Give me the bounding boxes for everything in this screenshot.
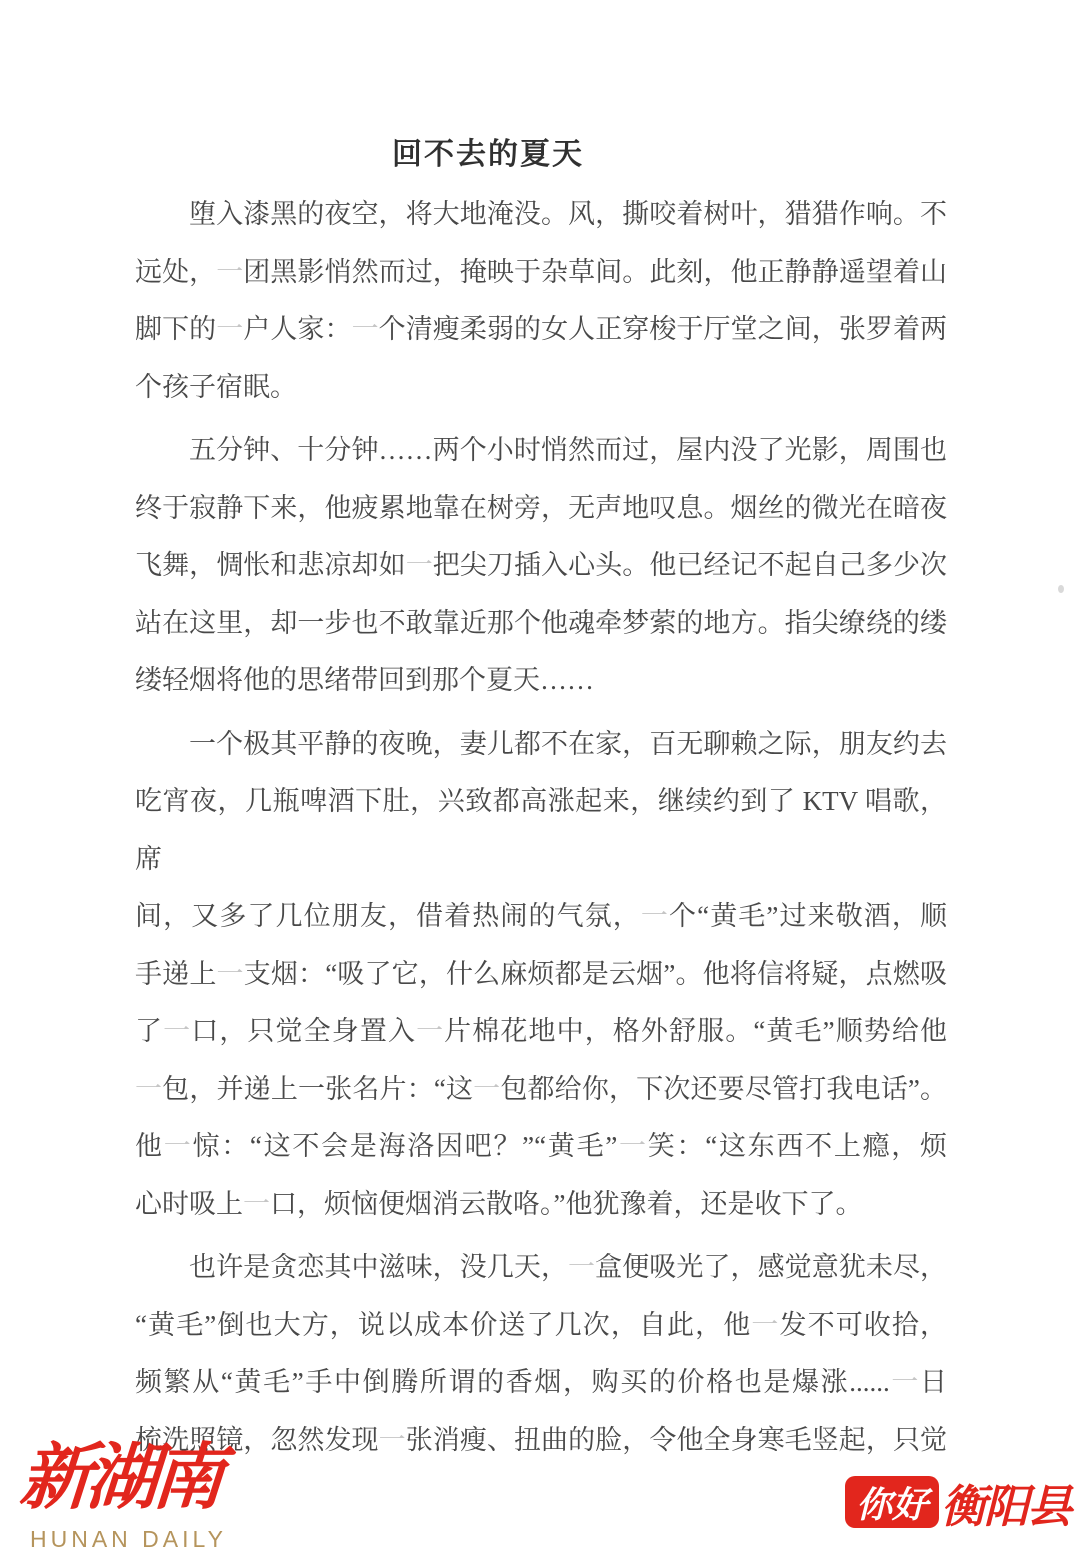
text-segment: 包都给你，下次还要尽管打我电话”。 (500, 1074, 947, 1104)
faint-character: 一 (416, 1016, 444, 1046)
paragraphs: 堕入漆黑的夜空，将大地淹没。风，撕咬着树叶，猎猎作响。不远处，一团黑影悄然而过，… (135, 186, 947, 1469)
hengyang-badge-county-name: 衡阳县 (941, 1470, 1070, 1535)
text-line: 堕入漆黑的夜空，将大地淹没。风，撕咬着树叶，猎猎作响。不 (135, 186, 947, 244)
text-line: 梳洗照镜，忽然发现一张消瘦、扭曲的脸，令他全身寒毛竖起，只觉 (135, 1412, 947, 1470)
text-segment: 包，并递上一张名片：“这 (162, 1074, 473, 1104)
faint-character: 一 (641, 901, 669, 931)
text-segment: 脚下的 (135, 314, 216, 344)
faint-character: 一 (163, 1016, 191, 1046)
hengyang-badge-red-box: 你好 (845, 1476, 939, 1528)
text-segment: 把尖刀插入心头。他已经记不起自己多少次 (433, 550, 947, 580)
paragraph: 一个极其平静的夜晚，妻儿都不在家，百无聊赖之际，朋友约去吃宵夜，几瓶啤酒下肚，兴… (135, 716, 947, 1234)
text-line: 缕轻烟将他的思绪带回到那个夏天…… (135, 652, 947, 710)
hunan-daily-logo-english: HUNAN DAILY (30, 1526, 227, 1553)
text-segment: 间，又多了几位朋友，借着热闹的气氛， (135, 901, 641, 931)
faint-character: 一 (406, 550, 433, 580)
text-segment: 团黑影悄然而过，掩映于杂草间。此刻，他正静静遥望着山 (243, 257, 947, 287)
text-segment: 发不可收拾， (779, 1310, 947, 1340)
text-line: 个孩子宿眠。 (135, 359, 947, 417)
text-segment: 站在这里，却一步也不敢靠近那个他魂牵梦萦的地方。指尖缭绕的缕 (135, 608, 947, 638)
text-segment: 也许是贪恋其中滋味，没几天， (189, 1252, 568, 1282)
text-segment: 频繁从“黄毛”手中倒腾所谓的香烟，购买的价格也是爆涨...... (135, 1367, 890, 1397)
paragraph: 五分钟、十分钟……两个小时悄然而过，屋内没了光影，周围也终于寂静下来，他疲累地靠… (135, 422, 947, 710)
text-segment: 惊：“这不会是海洛因吧？”“黄毛” (192, 1131, 617, 1161)
faint-character: 一 (568, 1252, 595, 1282)
text-segment: 堕入漆黑的夜空，将大地淹没。风，撕咬着树叶，猎猎作响。不 (189, 199, 947, 229)
text-segment: 个“黄毛”过来敬酒，顺 (669, 901, 947, 931)
text-line: 五分钟、十分钟……两个小时悄然而过，屋内没了光影，周围也 (135, 422, 947, 480)
faint-character: 一 (216, 257, 243, 287)
hengyang-county-badge: 你好 衡阳县 (845, 1476, 1070, 1528)
text-line: 也许是贪恋其中滋味，没几天，一盒便吸光了，感觉意犹未尽， (135, 1239, 947, 1297)
text-line: 远处，一团黑影悄然而过，掩映于杂草间。此刻，他正静静遥望着山 (135, 244, 947, 302)
text-segment: 盒便吸光了，感觉意犹未尽， (595, 1252, 947, 1282)
text-line: “黄毛”倒也大方，说以成本价送了几次，自此，他一发不可收拾， (135, 1297, 947, 1355)
text-segment: 口，只觉全身置入 (191, 1016, 416, 1046)
text-line: 频繁从“黄毛”手中倒腾所谓的香烟，购买的价格也是爆涨......一日 (135, 1354, 947, 1412)
text-segment: 日 (920, 1367, 947, 1397)
text-line: 心时吸上一口，烦恼便烟消云散咯。”他犹豫着，还是收下了。 (135, 1176, 947, 1234)
text-segment: 一个极其平静的夜晚，妻儿都不在家，百无聊赖之际，朋友约去 (189, 729, 947, 759)
scan-artifact-speck (1058, 585, 1064, 593)
document-content: 回不去的夏天 堕入漆黑的夜空，将大地淹没。风，撕咬着树叶，猎猎作响。不远处，一团… (135, 130, 947, 1469)
faint-character: 一 (217, 959, 244, 989)
text-segment: 支烟：“吸了它，什么麻烦都是云烟”。他将信将疑，点燃吸 (244, 959, 947, 989)
faint-character: 一 (243, 1189, 270, 1219)
document-title: 回不去的夏天 (82, 130, 894, 180)
faint-character: 一 (164, 1131, 193, 1161)
faint-character: 一 (473, 1074, 500, 1104)
text-segment: 个孩子宿眠。 (135, 372, 297, 402)
faint-character: 一 (352, 314, 379, 344)
scanned-document-page: 回不去的夏天 堕入漆黑的夜空，将大地淹没。风，撕咬着树叶，猎猎作响。不远处，一团… (0, 0, 1080, 1564)
faint-character: 一 (379, 1425, 406, 1455)
text-segment: 口，烦恼便烟消云散咯。”他犹豫着，还是收下了。 (270, 1189, 862, 1219)
text-line: 终于寂静下来，他疲累地靠在树旁，无声地叹息。烟丝的微光在暗夜 (135, 480, 947, 538)
paragraph: 堕入漆黑的夜空，将大地淹没。风，撕咬着树叶，猎猎作响。不远处，一团黑影悄然而过，… (135, 186, 947, 416)
text-segment: 终于寂静下来，他疲累地靠在树旁，无声地叹息。烟丝的微光在暗夜 (135, 493, 947, 523)
text-segment: 飞舞，惆怅和悲凉却如 (135, 550, 406, 580)
text-line: 一个极其平静的夜晚，妻儿都不在家，百无聊赖之际，朋友约去 (135, 716, 947, 774)
hunan-daily-logo-chinese: 新湖南 (17, 1432, 230, 1524)
text-line: 他一惊：“这不会是海洛因吧？”“黄毛”一笑：“这东西不上瘾，烦 (135, 1118, 947, 1176)
text-line: 吃宵夜，几瓶啤酒下肚，兴致都高涨起来，继续约到了 KTV 唱歌，席 (135, 773, 947, 888)
paragraph: 也许是贪恋其中滋味，没几天，一盒便吸光了，感觉意犹未尽，“黄毛”倒也大方，说以成… (135, 1239, 947, 1469)
text-line: 了一口，只觉全身置入一片棉花地中，格外舒服。“黄毛”顺势给他 (135, 1003, 947, 1061)
text-segment: 片棉花地中，格外舒服。“黄毛”顺势给他 (444, 1016, 947, 1046)
text-segment: 个清瘦柔弱的女人正穿梭于厅堂之间，张罗着两 (379, 314, 947, 344)
faint-character: 一 (751, 1310, 779, 1340)
hengyang-badge-greeting-text: 你好 (856, 1477, 928, 1528)
text-line: 间，又多了几位朋友，借着热闹的气氛，一个“黄毛”过来敬酒，顺 (135, 888, 947, 946)
text-segment: 笑：“这东西不上瘾，烦 (648, 1131, 947, 1161)
faint-character: 一 (617, 1131, 647, 1161)
text-line: 一包，并递上一张名片：“这一包都给你，下次还要尽管打我电话”。 (135, 1061, 947, 1119)
text-segment: 心时吸上 (135, 1189, 243, 1219)
faint-character: 一 (135, 1074, 162, 1104)
text-line: 手递上一支烟：“吸了它，什么麻烦都是云烟”。他将信将疑，点燃吸 (135, 946, 947, 1004)
text-segment: 户人家： (243, 314, 351, 344)
text-segment: “黄毛”倒也大方，说以成本价送了几次，自此，他 (135, 1310, 751, 1340)
text-line: 飞舞，惆怅和悲凉却如一把尖刀插入心头。他已经记不起自己多少次 (135, 537, 947, 595)
faint-character: 一 (216, 314, 243, 344)
text-segment: 缕轻烟将他的思绪带回到那个夏天…… (135, 665, 594, 695)
text-segment: 张消瘦、扭曲的脸，令他全身寒毛竖起，只觉 (406, 1425, 947, 1455)
text-line: 脚下的一户人家：一个清瘦柔弱的女人正穿梭于厅堂之间，张罗着两 (135, 301, 947, 359)
text-segment: 五分钟、十分钟……两个小时悄然而过，屋内没了光影，周围也 (189, 435, 947, 465)
text-line: 站在这里，却一步也不敢靠近那个他魂牵梦萦的地方。指尖缭绕的缕 (135, 595, 947, 653)
faint-character: 一 (890, 1367, 920, 1397)
text-segment: 了 (135, 1016, 163, 1046)
text-segment: 手递上 (135, 959, 217, 989)
text-segment: 远处， (135, 257, 216, 287)
text-segment: 他 (135, 1131, 164, 1161)
text-segment: 吃宵夜，几瓶啤酒下肚，兴致都高涨起来，继续约到了 KTV 唱歌，席 (135, 786, 947, 874)
hunan-daily-logo: 新湖南 HUNAN DAILY (20, 1432, 227, 1553)
